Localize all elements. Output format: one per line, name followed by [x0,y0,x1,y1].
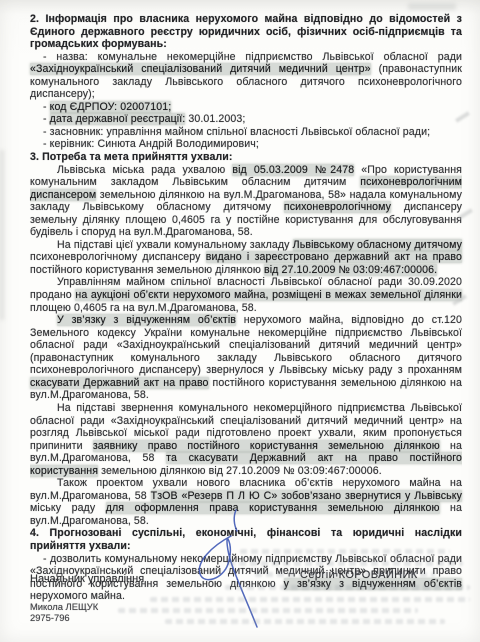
highlighted-text: «Західноукраїнський спеціалізований дитя… [30,63,371,75]
bleed-through-artifact [255,572,435,577]
text-segment: - [43,101,50,113]
document-paragraph: - керівник: Синюта Андрій Володимирович; [30,138,462,151]
document-paragraph: - дата державної реєстрації: 30.01.2003; [30,113,462,126]
text-segment: міську раду [30,502,106,514]
highlighted-text: дата державної реєстрації: [50,113,186,125]
scan-edge-smudge [408,3,456,10]
highlighted-text: заявнику право постійного користування з… [93,440,440,452]
document-paragraph: Львівська міська рада ухвалою від 05.03.… [30,164,462,239]
section-heading: 3. Потреба та мета прийняття ухвали: [30,151,462,164]
document-paragraph: - засновник: управління майном спільної … [30,126,462,139]
bleed-through-artifact [228,561,463,566]
highlighted-text: для оформлення права користування земель… [106,502,440,514]
highlighted-text: на аукціоні об’єкти нерухомого майна, ро… [75,289,462,301]
highlighted-text: від 05.03.2009 №2478 [232,164,354,176]
text-segment: постійного користування земельною ділянк… [30,264,264,276]
scanned-document-page: 2. Інформація про власника нерухомого ма… [0,0,480,642]
highlighted-text: Львівському обласному дитячому [293,239,462,251]
highlighted-text: видано і зареєстровано державний акт на … [206,251,462,263]
text-segment: 2. Інформація про власника нерухомого ма… [30,13,462,50]
bleed-through-artifact [165,619,445,624]
executor-name: Микола ЛЕЩУК [30,601,98,612]
executor-phone: 2975-796 [30,612,70,623]
document-paragraph: Також проектом ухвали нового власника об… [30,477,462,527]
document-paragraph: Управлінням майном спільної власності Ль… [30,276,462,314]
text-segment: - назва: комунальне некомерційне підприє… [43,51,462,63]
document-body: 2. Інформація про власника нерухомого ма… [30,13,462,603]
bleed-through-artifact [150,597,470,602]
text-segment: На підставі цієї ухвали комунальному зак… [57,239,293,251]
text-segment: - керівник: Синюта Андрій Володимирович; [43,138,259,150]
text-segment: - [43,113,50,125]
text-segment: 30.01.2003; [185,113,245,125]
text-segment: 3. Потреба та мета прийняття ухвали: [30,151,233,163]
highlighted-text: ТзОВ «Резерв П Л Ю С» зобов’язано зверну… [151,490,462,502]
bleed-through-artifact [240,549,450,554]
scan-edge-smudge [0,150,4,320]
text-segment: земельною ділянкою від 27.10.2009 № 03:0… [98,465,382,477]
document-paragraph: - назва: комунальне некомерційне підприє… [30,51,462,101]
highlighted-text: психоневрологічному [284,201,391,213]
highlighted-text: код ЄДРПОУ: 02007101; [50,101,172,113]
section-heading: 2. Інформація про власника нерухомого ма… [30,13,462,51]
bleed-through-artifact [225,585,470,590]
bleed-through-artifact [118,608,418,613]
document-paragraph: На підставі звернення комунального неком… [30,402,462,477]
text-segment: Львівська міська рада ухвалою [57,164,232,176]
highlighted-text: У зв’язку з відчуженням об’єктів [57,314,236,326]
highlighted-text: від 27.10.2009 № 03:09:467:00006. [264,264,437,276]
text-segment: площею 0,4605 га на вул.М.Драгоманова, 5… [30,302,257,314]
signer-position-title: Начальник управління [30,573,144,585]
document-paragraph: - код ЄДРПОУ: 02007101; [30,101,462,114]
document-paragraph: У зв’язку з відчуженням об’єктів нерухом… [30,314,462,402]
document-paragraph: На підставі цієї ухвали комунальному зак… [30,239,462,277]
text-segment: психоневрологічному диспансеру [30,251,206,263]
text-segment: - засновник: управління майном спільної … [43,126,430,138]
highlighted-text: скасувати Державний акт на право [30,377,209,389]
